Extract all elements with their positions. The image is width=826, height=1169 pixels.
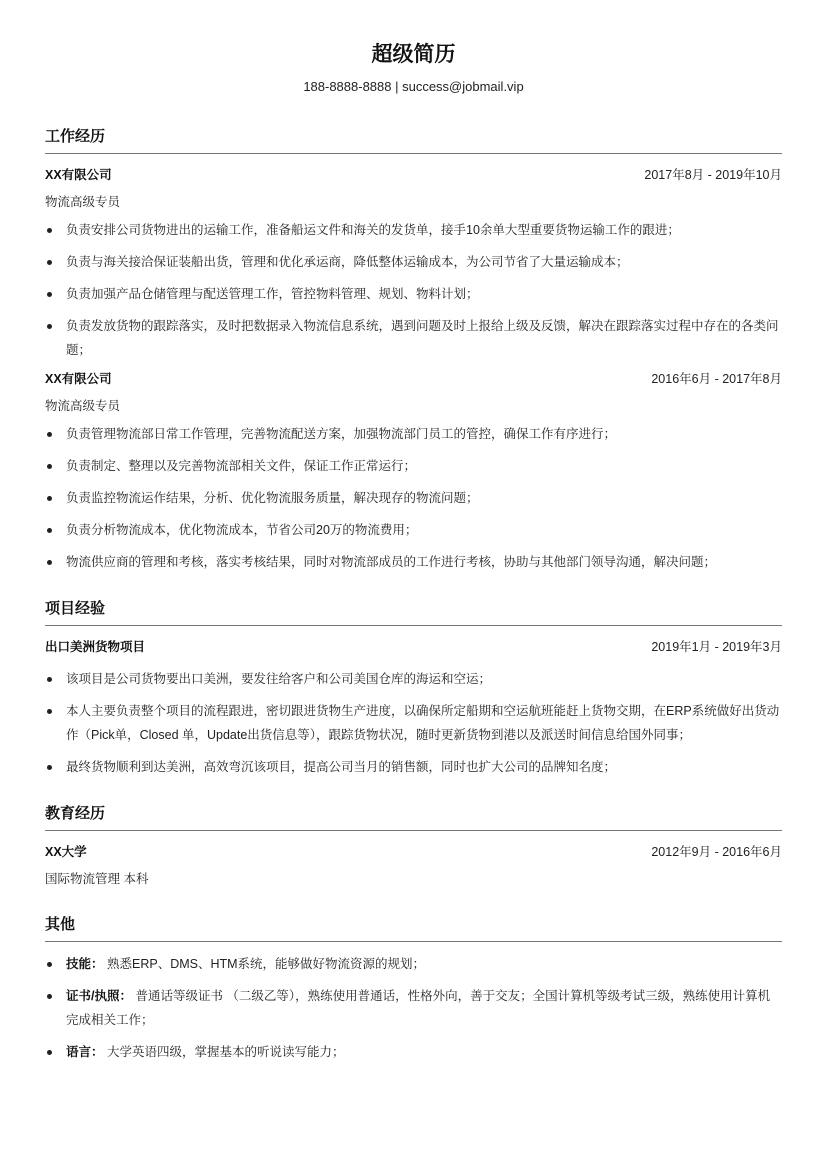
- other-list: 技能： 熟悉ERP、DMS、HTM系统，能够做好物流资源的规划； 证书/执照： …: [45, 952, 782, 1064]
- contact-info: 188-8888-8888 | success@jobmail.vip: [45, 78, 782, 96]
- list-item-languages: 语言： 大学英语四级，掌握基本的听说读写能力；: [45, 1040, 782, 1064]
- item-label: 证书/执照：: [66, 989, 132, 1003]
- list-item-text: 负责与海关接洽保证装船出货，管理和优化承运商，降低整体运输成本，为公司节省了大量…: [66, 255, 629, 269]
- list-item-text: 最终货物顺利到达美洲，高效弯沉该项目，提高公司当月的销售额，同时也扩大公司的品牌…: [66, 760, 616, 774]
- bullet-icon: [47, 765, 52, 770]
- list-item: 负责与海关接洽保证装船出货，管理和优化承运商，降低整体运输成本，为公司节省了大量…: [45, 250, 782, 274]
- list-item: 负责安排公司货物进出的运输工作，准备船运文件和海关的发货单，接手10余单大型重要…: [45, 218, 782, 242]
- responsibility-list: 负责安排公司货物进出的运输工作，准备船运文件和海关的发货单，接手10余单大型重要…: [45, 218, 782, 362]
- major-degree: 国际物流管理 本科: [45, 870, 782, 888]
- section-education: 教育经历 XX大学 2012年9月 - 2016年6月 国际物流管理 本科: [45, 803, 782, 888]
- item-text: 熟悉ERP、DMS、HTM系统，能够做好物流资源的规划；: [104, 957, 426, 971]
- job-role: 物流高级专员: [45, 397, 782, 415]
- list-item-text: 负责管理物流部日常工作管理，完善物流配送方案，加强物流部门员工的管控，确保工作有…: [66, 427, 616, 441]
- list-item-text: 负责发放货物的跟踪落实，及时把数据录入物流信息系统，遇到问题及时上报给上级及反馈…: [66, 319, 779, 357]
- date-range: 2017年8月 - 2019年10月: [644, 166, 782, 184]
- school-name: XX大学: [45, 843, 87, 861]
- section-work-experience: 工作经历 XX有限公司 2017年8月 - 2019年10月 物流高级专员 负责…: [45, 126, 782, 574]
- list-item: 负责管理物流部日常工作管理，完善物流配送方案，加强物流部门员工的管控，确保工作有…: [45, 422, 782, 446]
- list-item-text: 负责分析物流成本，优化物流成本，节省公司20万的物流费用；: [66, 523, 417, 537]
- date-range: 2016年6月 - 2017年8月: [651, 370, 782, 388]
- bullet-icon: [47, 228, 52, 233]
- resume-header: 超级简历 188-8888-8888 | success@jobmail.vip: [45, 0, 782, 96]
- entry-header: XX有限公司 2017年8月 - 2019年10月: [45, 166, 782, 184]
- bullet-icon: [47, 677, 52, 682]
- resume-page: 超级简历 188-8888-8888 | success@jobmail.vip…: [45, 0, 782, 1064]
- section-title: 教育经历: [45, 803, 782, 831]
- section-projects: 项目经验 出口美洲货物项目 2019年1月 - 2019年3月 该项目是公司货物…: [45, 598, 782, 779]
- bullet-icon: [47, 464, 52, 469]
- section-title: 工作经历: [45, 126, 782, 154]
- bullet-icon: [47, 292, 52, 297]
- responsibility-list: 负责管理物流部日常工作管理，完善物流配送方案，加强物流部门员工的管控，确保工作有…: [45, 422, 782, 574]
- bullet-icon: [47, 994, 52, 999]
- bullet-icon: [47, 324, 52, 329]
- list-item: 本人主要负责整个项目的流程跟进，密切跟进货物生产进度，以确保所定船期和空运航班能…: [45, 699, 782, 747]
- list-item: 最终货物顺利到达美洲，高效弯沉该项目，提高公司当月的销售额，同时也扩大公司的品牌…: [45, 755, 782, 779]
- bullet-icon: [47, 1050, 52, 1055]
- list-item-skills: 技能： 熟悉ERP、DMS、HTM系统，能够做好物流资源的规划；: [45, 952, 782, 976]
- bullet-icon: [47, 560, 52, 565]
- bullet-icon: [47, 432, 52, 437]
- entry-header: XX有限公司 2016年6月 - 2017年8月: [45, 370, 782, 388]
- project-name: 出口美洲货物项目: [45, 638, 145, 656]
- list-item-text: 本人主要负责整个项目的流程跟进，密切跟进货物生产进度，以确保所定船期和空运航班能…: [66, 704, 779, 742]
- candidate-name: 超级简历: [45, 40, 782, 70]
- item-text: 大学英语四级，掌握基本的听说读写能力；: [104, 1045, 345, 1059]
- list-item-text: 该项目是公司货物要出口美洲，要发往给客户和公司美国仓库的海运和空运；: [66, 672, 491, 686]
- list-item: 负责发放货物的跟踪落实，及时把数据录入物流信息系统，遇到问题及时上报给上级及反馈…: [45, 314, 782, 362]
- bullet-icon: [47, 709, 52, 714]
- item-label: 语言：: [66, 1045, 104, 1059]
- list-item-text: 负责加强产品仓储管理与配送管理工作，管控物料管理、规划、物料计划；: [66, 287, 479, 301]
- company-name: XX有限公司: [45, 370, 112, 388]
- list-item-text: 负责监控物流运作结果，分析、优化物流服务质量，解决现存的物流问题；: [66, 491, 479, 505]
- item-text: 普通话等级证书 （二级乙等），熟练使用普通话，性格外向，善于交友；全国计算机等级…: [66, 989, 770, 1027]
- section-other: 其他 技能： 熟悉ERP、DMS、HTM系统，能够做好物流资源的规划； 证书/执…: [45, 914, 782, 1064]
- list-item: 负责加强产品仓储管理与配送管理工作，管控物料管理、规划、物料计划；: [45, 282, 782, 306]
- list-item-text: 负责安排公司货物进出的运输工作，准备船运文件和海关的发货单，接手10余单大型重要…: [66, 223, 680, 237]
- work-entry: XX有限公司 2016年6月 - 2017年8月 物流高级专员 负责管理物流部日…: [45, 370, 782, 574]
- list-item: 该项目是公司货物要出口美洲，要发往给客户和公司美国仓库的海运和空运；: [45, 667, 782, 691]
- project-detail-list: 该项目是公司货物要出口美洲，要发往给客户和公司美国仓库的海运和空运； 本人主要负…: [45, 667, 782, 779]
- date-range: 2012年9月 - 2016年6月: [651, 843, 782, 861]
- entry-header: XX大学 2012年9月 - 2016年6月: [45, 843, 782, 861]
- entry-header: 出口美洲货物项目 2019年1月 - 2019年3月: [45, 638, 782, 656]
- date-range: 2019年1月 - 2019年3月: [651, 638, 782, 656]
- list-item-certificates: 证书/执照： 普通话等级证书 （二级乙等），熟练使用普通话，性格外向，善于交友；…: [45, 984, 782, 1032]
- education-entry: XX大学 2012年9月 - 2016年6月 国际物流管理 本科: [45, 843, 782, 888]
- list-item: 负责监控物流运作结果，分析、优化物流服务质量，解决现存的物流问题；: [45, 486, 782, 510]
- item-label: 技能：: [66, 957, 104, 971]
- section-title: 项目经验: [45, 598, 782, 626]
- list-item: 负责分析物流成本，优化物流成本，节省公司20万的物流费用；: [45, 518, 782, 542]
- job-role: 物流高级专员: [45, 193, 782, 211]
- list-item: 负责制定、整理以及完善物流部相关文件，保证工作正常运行；: [45, 454, 782, 478]
- list-item-text: 负责制定、整理以及完善物流部相关文件，保证工作正常运行；: [66, 459, 416, 473]
- bullet-icon: [47, 496, 52, 501]
- company-name: XX有限公司: [45, 166, 112, 184]
- list-item: 物流供应商的管理和考核，落实考核结果，同时对物流部成员的工作进行考核，协助与其他…: [45, 550, 782, 574]
- work-entry: XX有限公司 2017年8月 - 2019年10月 物流高级专员 负责安排公司货…: [45, 166, 782, 362]
- bullet-icon: [47, 260, 52, 265]
- list-item-text: 物流供应商的管理和考核，落实考核结果，同时对物流部成员的工作进行考核，协助与其他…: [66, 555, 716, 569]
- bullet-icon: [47, 962, 52, 967]
- bullet-icon: [47, 528, 52, 533]
- project-entry: 出口美洲货物项目 2019年1月 - 2019年3月 该项目是公司货物要出口美洲…: [45, 638, 782, 779]
- section-title: 其他: [45, 914, 782, 942]
